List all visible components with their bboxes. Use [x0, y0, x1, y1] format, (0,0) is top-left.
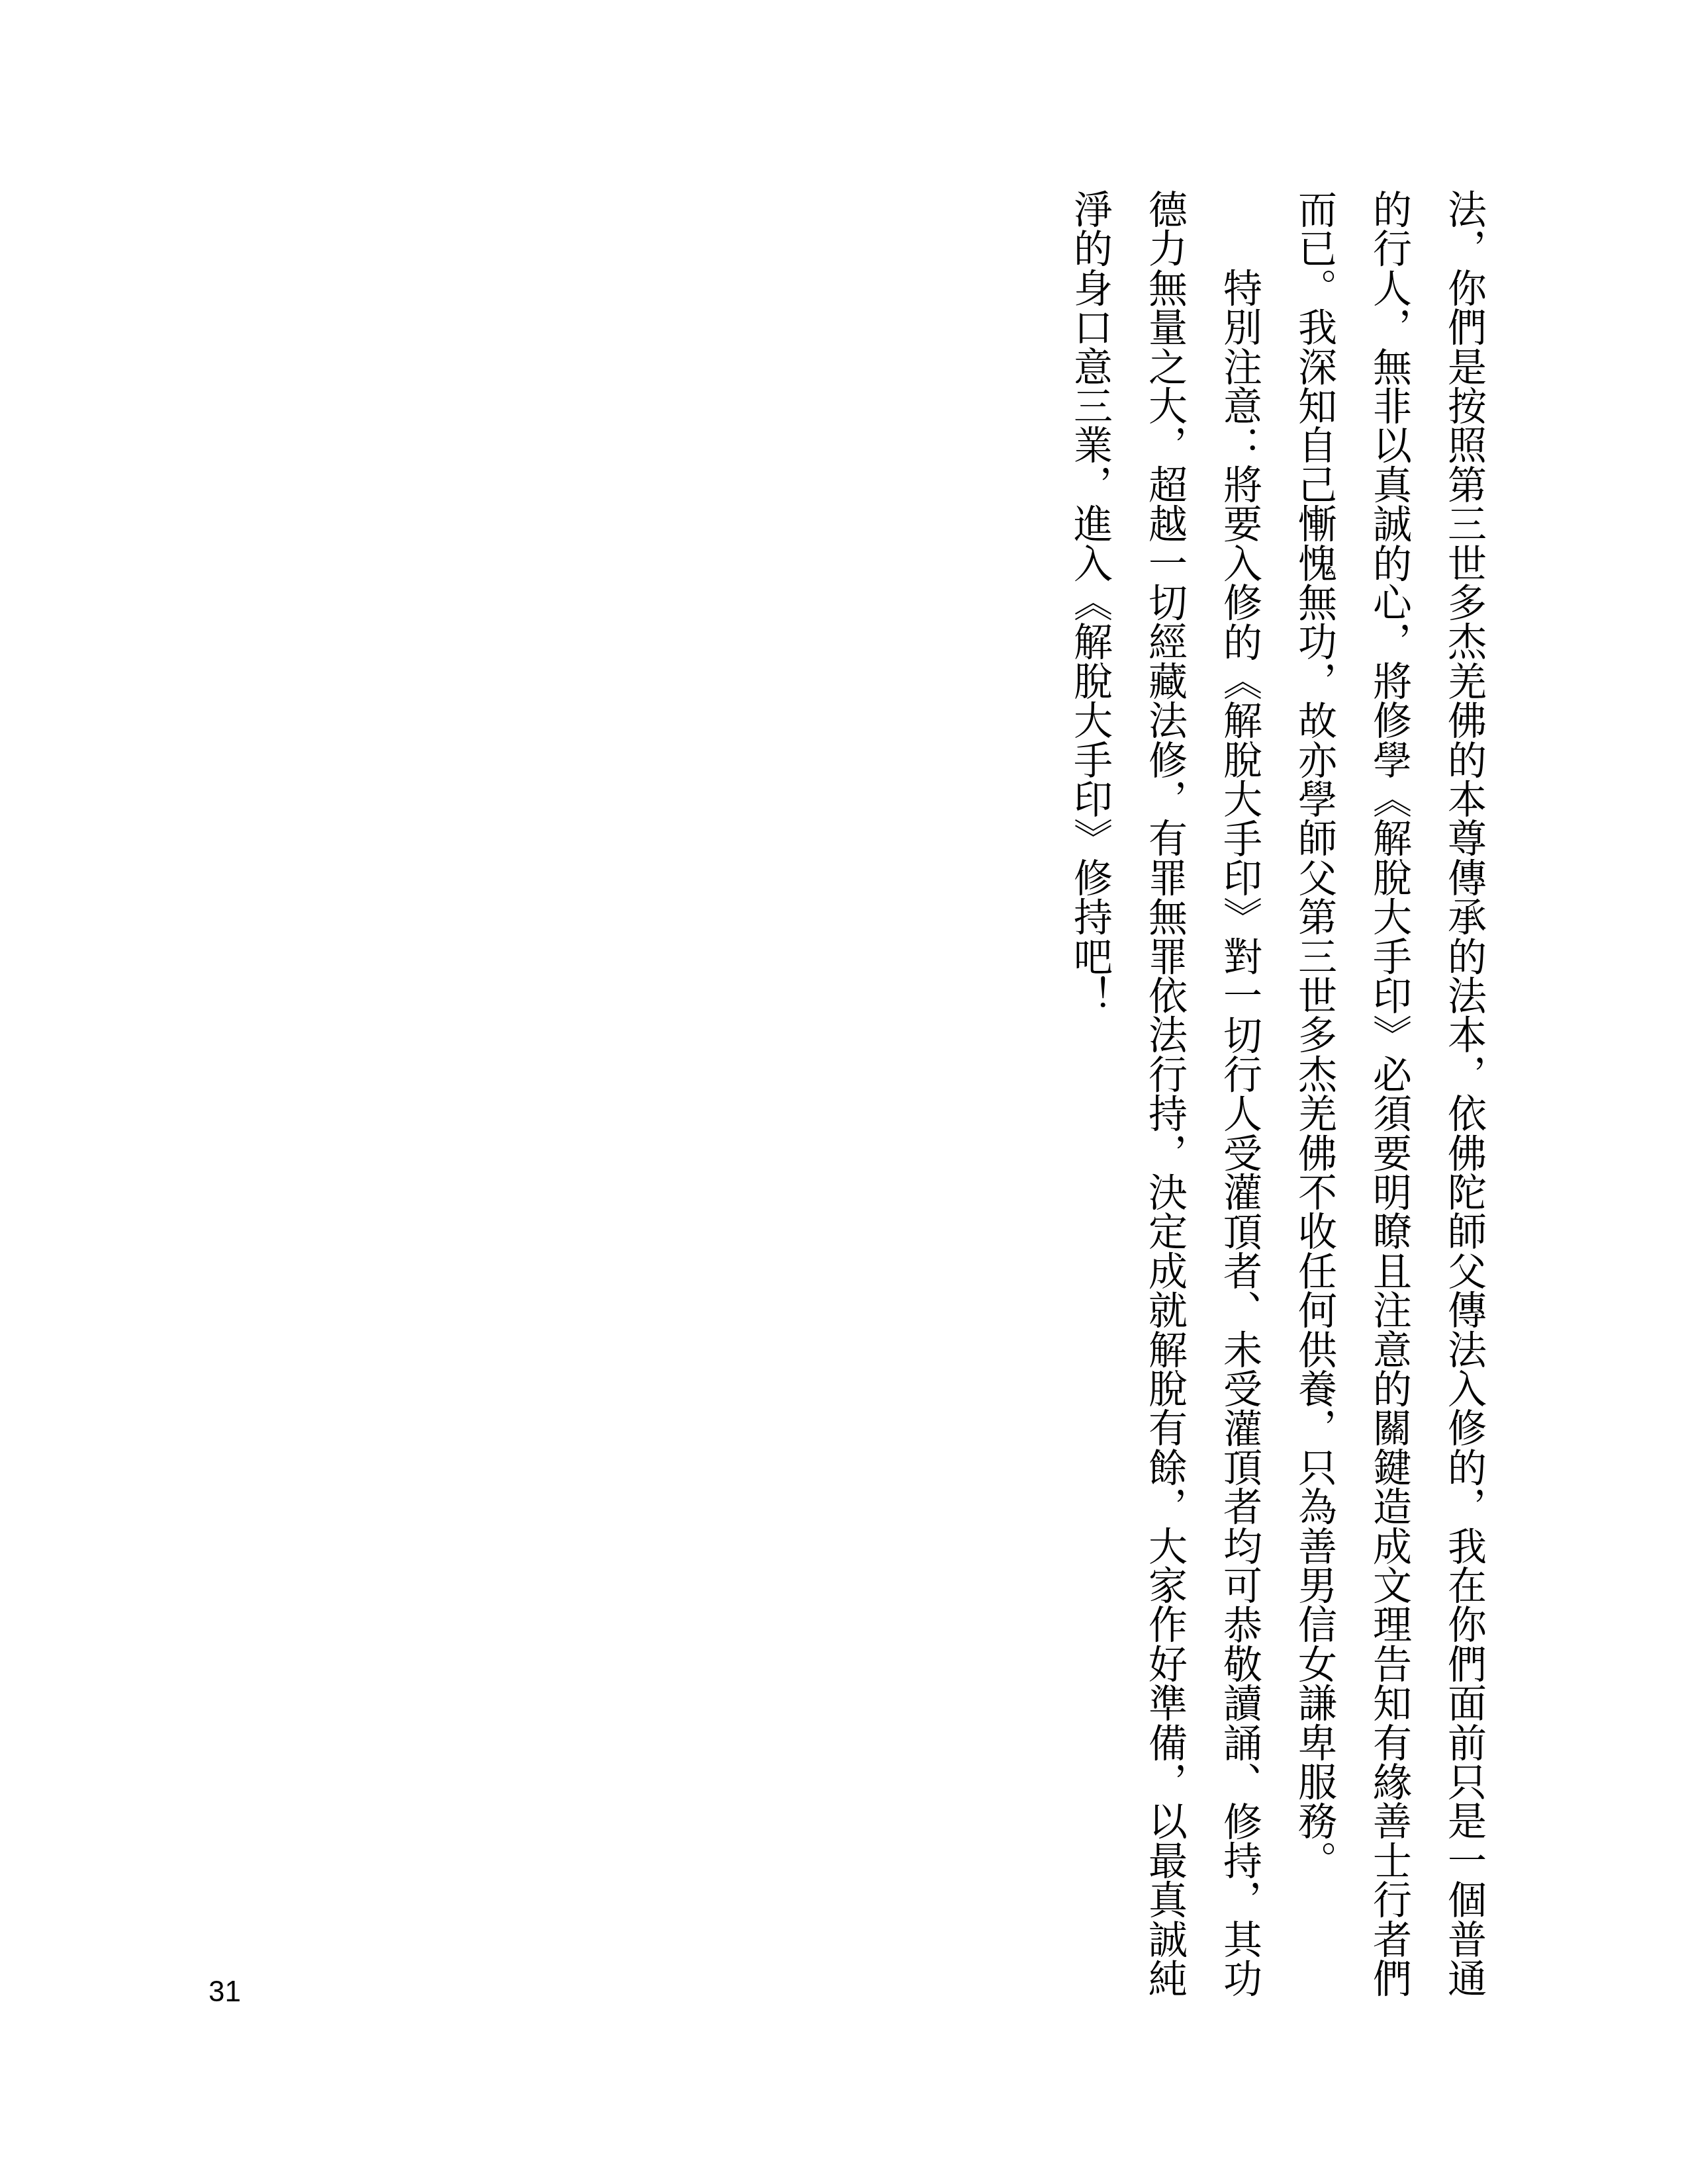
page-number: 31	[209, 1978, 241, 2007]
text-column-3: 而已。我深知自己慚愧無功，故亦學師父第三世多杰羌佛不收任何供養，只為善男信女謙卑…	[1277, 189, 1352, 2006]
text-column-4: 特別注意：將要入修的《解脫大手印》對一切行人受灌頂者、未受灌頂者均可恭敬讀誦、修…	[1202, 189, 1277, 2006]
text-column-5: 德力無量之大，超越一切經藏法修，有罪無罪依法行持，決定成就解脫有餘，大家作好準備…	[1127, 189, 1202, 2006]
text-column-2: 的行人，無非以真誠的心，將修學《解脫大手印》必須要明瞭且注意的關鍵造成文理告知有…	[1352, 189, 1427, 2006]
text-column-1: 法，你們是按照第三世多杰羌佛的本尊傳承的法本，依佛陀師父傳法入修的，我在你們面前…	[1427, 189, 1501, 2006]
vertical-text-block: 法，你們是按照第三世多杰羌佛的本尊傳承的法本，依佛陀師父傳法入修的，我在你們面前…	[1053, 189, 1501, 2006]
document-page: 法，你們是按照第三世多杰羌佛的本尊傳承的法本，依佛陀師父傳法入修的，我在你們面前…	[0, 0, 1688, 2184]
text-column-6: 淨的身口意三業，進入《解脫大手印》修持吧！	[1053, 189, 1127, 2006]
